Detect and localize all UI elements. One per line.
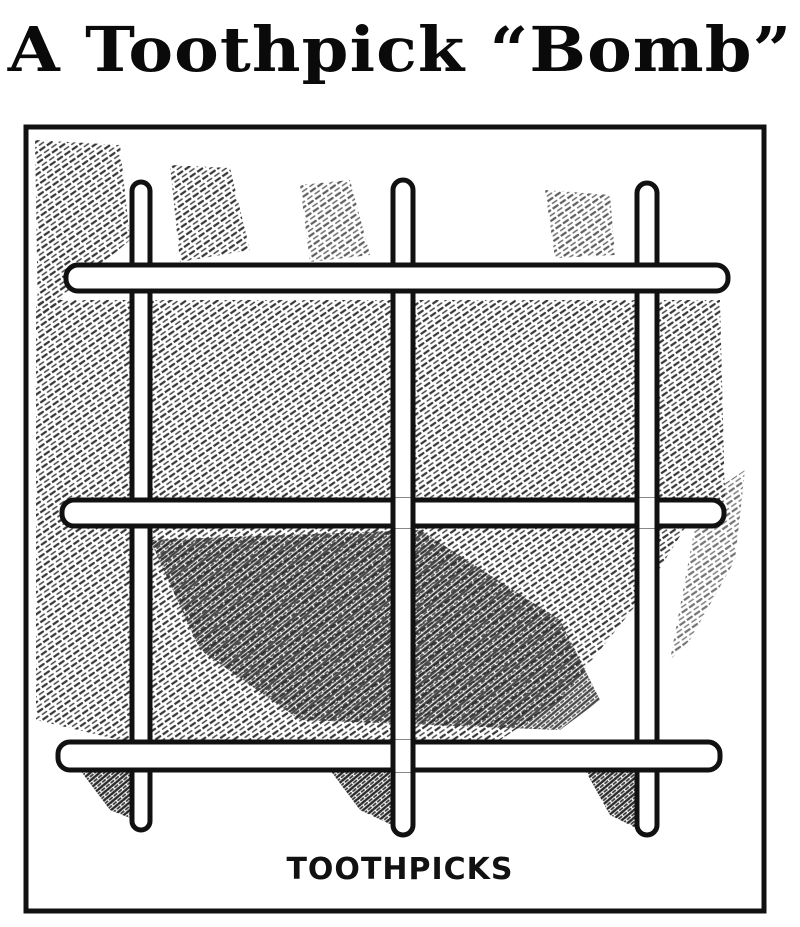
figure-caption: TOOTHPICKS (0, 852, 800, 887)
toothpick-horizontal-3 (58, 742, 720, 770)
toothpick-horizontal-1 (66, 265, 728, 291)
toothpick-illustration (0, 0, 800, 927)
